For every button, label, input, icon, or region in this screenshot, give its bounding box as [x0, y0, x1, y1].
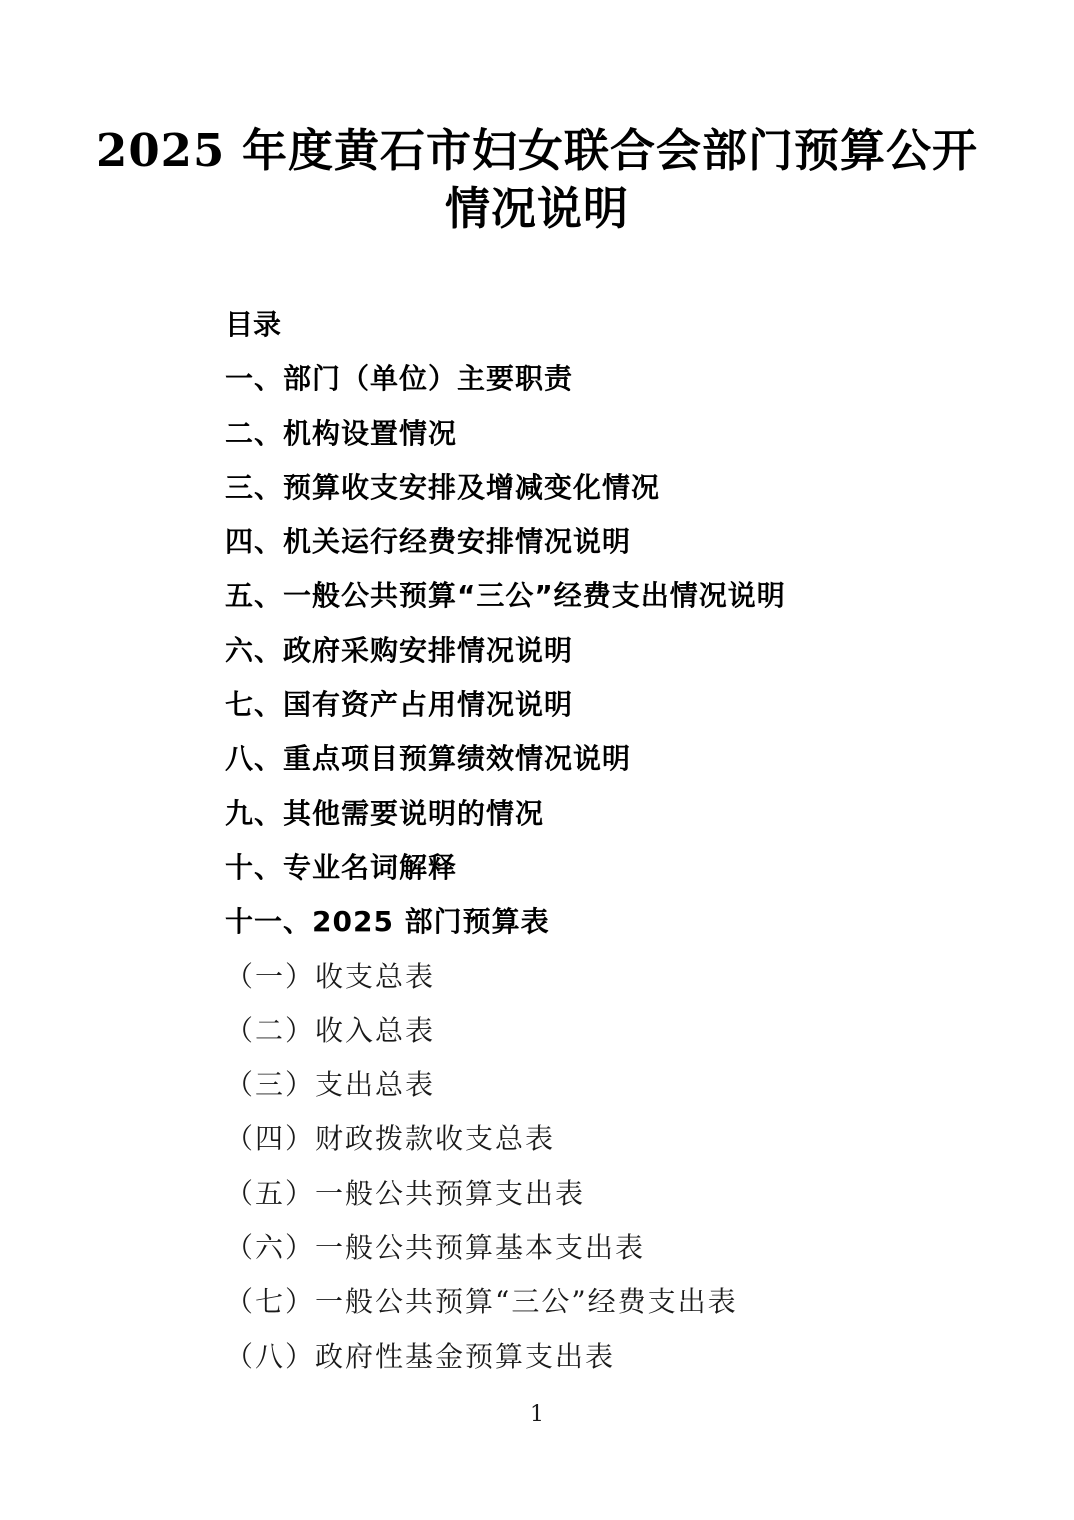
toc-section-item-label: 四、机关运行经费安排情况说明	[225, 525, 631, 559]
toc-section-item: 一、部门（单位）主要职责	[225, 362, 985, 416]
toc-table-item-label: （七）一般公共预算“三公”经费支出表	[225, 1285, 738, 1319]
table-of-contents: 目录 一、部门（单位）主要职责二、机构设置情况三、预算收支安排及增减变化情况四、…	[225, 308, 985, 1394]
toc-section-item: 六、政府采购安排情况说明	[225, 634, 985, 688]
toc-table-item: （八）政府性基金预算支出表	[225, 1340, 985, 1394]
toc-table-item-label: （一）收支总表	[225, 960, 435, 994]
toc-section-item-label: 六、政府采购安排情况说明	[225, 634, 573, 668]
page-number: 1	[0, 1402, 1074, 1427]
toc-table-item-label: （八）政府性基金预算支出表	[225, 1340, 615, 1374]
toc-heading-row: 目录	[225, 308, 985, 362]
toc-table-item-label: （二）收入总表	[225, 1014, 435, 1048]
toc-table-item-label: （三）支出总表	[225, 1068, 435, 1102]
document-title-line1: 2025 年度黄石市妇女联合会部门预算公开	[0, 122, 1074, 180]
toc-section-item-label: 八、重点项目预算绩效情况说明	[225, 742, 631, 776]
toc-table-item-label: （五）一般公共预算支出表	[225, 1177, 585, 1211]
toc-section-item: 十、专业名词解释	[225, 851, 985, 905]
toc-table-item: （三）支出总表	[225, 1068, 985, 1122]
toc-table-list: （一）收支总表（二）收入总表（三）支出总表（四）财政拨款收支总表（五）一般公共预…	[225, 960, 985, 1394]
toc-section-item-label: 五、一般公共预算“三公”经费支出情况说明	[225, 579, 786, 613]
toc-section-item-label: 七、国有资产占用情况说明	[225, 688, 573, 722]
toc-table-item-label: （六）一般公共预算基本支出表	[225, 1231, 645, 1265]
toc-table-item: （六）一般公共预算基本支出表	[225, 1231, 985, 1285]
toc-section-item-label: 十一、2025 部门预算表	[225, 905, 550, 939]
toc-table-item: （四）财政拨款收支总表	[225, 1122, 985, 1176]
toc-section-item: 八、重点项目预算绩效情况说明	[225, 742, 985, 796]
toc-section-list: 一、部门（单位）主要职责二、机构设置情况三、预算收支安排及增减变化情况四、机关运…	[225, 362, 985, 959]
toc-table-item: （一）收支总表	[225, 960, 985, 1014]
toc-section-item-label: 十、专业名词解释	[225, 851, 457, 885]
toc-table-item-label: （四）财政拨款收支总表	[225, 1122, 555, 1156]
toc-table-item: （七）一般公共预算“三公”经费支出表	[225, 1285, 985, 1339]
document-page: 2025 年度黄石市妇女联合会部门预算公开 情况说明 目录 一、部门（单位）主要…	[0, 0, 1074, 1520]
toc-table-item: （五）一般公共预算支出表	[225, 1177, 985, 1231]
toc-table-item: （二）收入总表	[225, 1014, 985, 1068]
toc-section-item-label: 一、部门（单位）主要职责	[225, 362, 573, 396]
toc-section-item: 九、其他需要说明的情况	[225, 797, 985, 851]
toc-heading: 目录	[225, 308, 281, 342]
toc-section-item: 七、国有资产占用情况说明	[225, 688, 985, 742]
toc-section-item: 十一、2025 部门预算表	[225, 905, 985, 959]
toc-section-item: 五、一般公共预算“三公”经费支出情况说明	[225, 579, 985, 633]
document-title: 2025 年度黄石市妇女联合会部门预算公开 情况说明	[0, 122, 1074, 238]
toc-section-item: 三、预算收支安排及增减变化情况	[225, 471, 985, 525]
toc-section-item-label: 二、机构设置情况	[225, 417, 457, 451]
toc-section-item-label: 九、其他需要说明的情况	[225, 797, 544, 831]
toc-section-item: 二、机构设置情况	[225, 417, 985, 471]
document-title-line2: 情况说明	[0, 180, 1074, 238]
toc-section-item: 四、机关运行经费安排情况说明	[225, 525, 985, 579]
toc-section-item-label: 三、预算收支安排及增减变化情况	[225, 471, 660, 505]
